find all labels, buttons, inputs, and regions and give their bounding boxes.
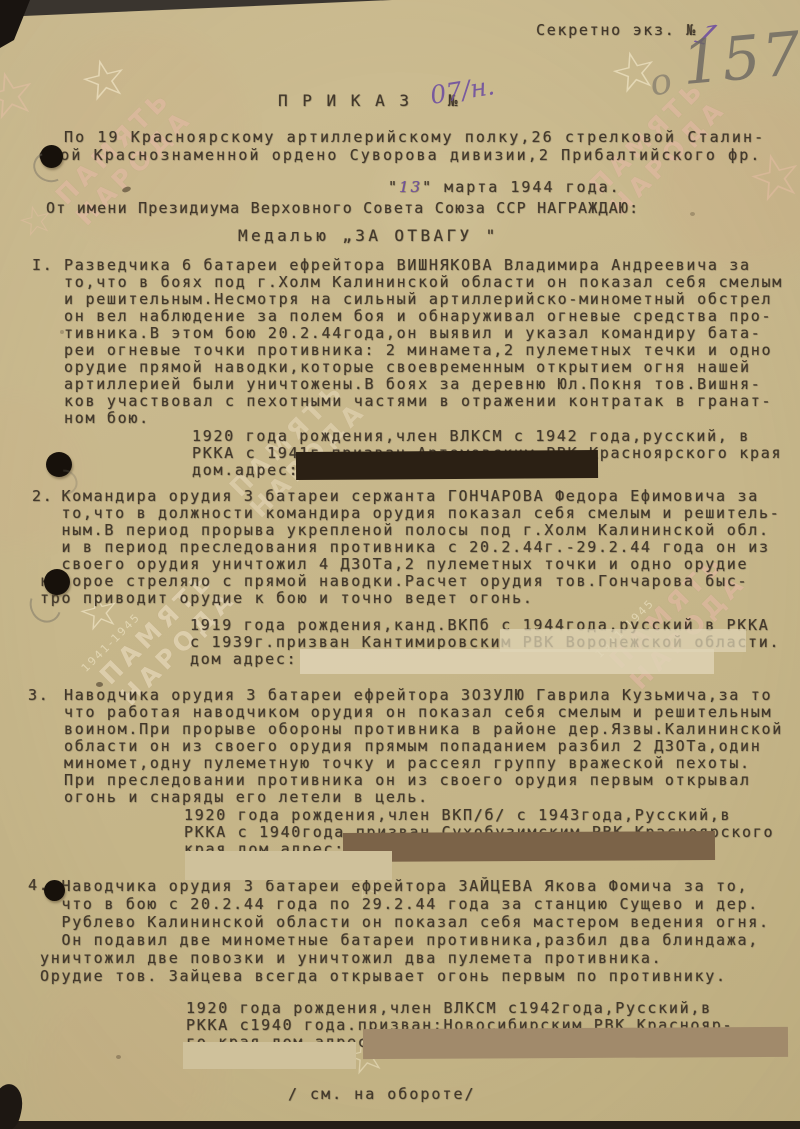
text-line: тивника.В этом бою 20.2.44года,он выявил…: [64, 325, 783, 342]
text-line: 1920 года рождения,член ВЛКСМ с 1942 год…: [192, 428, 782, 445]
pencil-registry-number: 157: [679, 19, 800, 99]
paper-blemish: [60, 330, 64, 334]
paper-blemish: [121, 186, 131, 194]
scanned-order-page: ☆ ☆ ☆ ☆ ☆ ☆ ☆ ☆ ПАМЯТЬ НАРОДА ПАМЯТЬ НАР…: [0, 0, 800, 1129]
redaction-bar: [300, 649, 714, 674]
redaction-bar: [343, 831, 715, 862]
text-line: 1920 года рождения,член ВЛКСМ с1942года,…: [186, 1000, 733, 1017]
watermark-star-icon: ☆: [0, 52, 46, 136]
award-item-text: Наводчика орудия 3 батареи ефрейтора ЗАЙ…: [40, 877, 770, 985]
paper-blemish: [96, 682, 103, 687]
text-line: тро приводит орудие к бою и точно ведет …: [40, 590, 780, 607]
scan-edge: [0, 0, 30, 48]
watermark-star-icon: ☆: [73, 43, 135, 116]
pencil-flourish: o: [646, 60, 676, 105]
scan-edge: [0, 1121, 800, 1129]
unit-line: ской Краснознаменной ордено Суворова див…: [38, 147, 762, 164]
classification-label: Секретно экз. №: [536, 22, 697, 39]
date-quote-open: ": [388, 178, 399, 196]
text-line: он вел наблюдение за полем боя и обнаруж…: [64, 308, 783, 325]
text-line: и в период преследования противника с 20…: [40, 539, 780, 556]
handwritten-order-number: 07/н.: [428, 71, 496, 110]
award-medal-line: Медалью „ЗА ОТВАГУ ": [238, 227, 499, 244]
award-item-text: Наводчика орудия 3 батареи ефрейтора ЗОЗ…: [64, 687, 783, 806]
paper-blemish: [116, 1055, 121, 1059]
text-line: огонь и снаряды его летели в цель.: [64, 789, 783, 806]
handwritten-day: 13: [399, 178, 422, 196]
text-line: Командира орудия 3 батареи сержанта ГОНЧ…: [40, 488, 780, 505]
see-reverse-note: / см. на обороте/: [288, 1086, 476, 1103]
text-line: своего орудия уничтожил 4 ДЗОТа,2 пулеме…: [40, 556, 780, 573]
text-line: уничтожил две повозки и уничтожил два пу…: [40, 949, 770, 967]
date-rest: " марта 1944 года.: [422, 178, 621, 196]
text-line: При преследовании противника он из своег…: [64, 772, 783, 789]
text-line: что в бою с 20.2.44 года по 29.2.44 года…: [40, 895, 770, 913]
redaction-bar: [296, 450, 598, 480]
redaction-bar: [185, 851, 392, 880]
text-line: ном бою.: [64, 410, 783, 427]
text-line: то,что в должности командира орудия пока…: [40, 505, 780, 522]
text-line: Разведчика 6 батареи ефрейтора ВИШНЯКОВА…: [64, 257, 783, 274]
text-line: воином.При прорыве обороны противника в …: [64, 721, 783, 738]
text-line: ков участвовал с пехотными частями в отр…: [64, 393, 783, 410]
text-line: миномет,одну пулеметную точку и рассеял …: [64, 755, 783, 772]
text-line: Он подавил две минометные батареи против…: [40, 931, 770, 949]
text-line: области он из своего орудия прямым попад…: [64, 738, 783, 755]
text-line: то,что в боях под г.Холм Калининской обл…: [64, 274, 783, 291]
preamble: От имени Президиума Верховного Совета Со…: [46, 200, 639, 217]
text-line: ным.В период прорыва укрепленой полосы п…: [40, 522, 780, 539]
text-line: Наводчика орудия 3 батареи ефрейтора ЗОЗ…: [64, 687, 783, 704]
punch-hole: [44, 880, 65, 901]
scan-edge: [0, 0, 392, 17]
item-number: I.: [32, 257, 53, 274]
text-line: и решительным.Несмотря на сильный артилл…: [64, 291, 783, 308]
watermark-years: 1941-1945: [79, 610, 143, 674]
text-line: Орудие тов. Зайцева всегда открывает ого…: [40, 967, 770, 985]
unit-line: По 19 Красноярскому артиллерийскому полк…: [64, 129, 765, 146]
date-line: "13" марта 1944 года.: [388, 179, 621, 196]
award-item-text: Командира орудия 3 батареи сержанта ГОНЧ…: [40, 488, 780, 607]
item-number: 3.: [28, 687, 49, 704]
award-item-text: Разведчика 6 батареи ефрейтора ВИШНЯКОВА…: [64, 257, 783, 427]
text-line: реи огневые точки противника: 2 минамета…: [64, 342, 783, 359]
text-line: орудие прямой наводки,которые своевремен…: [64, 359, 783, 376]
text-line: Рублево Калининской области он показал с…: [40, 913, 770, 931]
redaction-bar: [363, 1027, 788, 1059]
paper-blemish: [690, 212, 695, 216]
text-line: артиллерией были уничтожены.В боях за де…: [64, 376, 783, 393]
text-line: которое стреляло с прямой наводки.Расчет…: [40, 573, 780, 590]
redaction-bar: [183, 1042, 356, 1069]
text-line: 1920 года рождения,член ВКП/б/ с 1943год…: [184, 807, 774, 824]
text-line: Наводчика орудия 3 батареи ефрейтора ЗАЙ…: [40, 877, 770, 895]
text-line: что работая наводчиком орудия он показал…: [64, 704, 783, 721]
